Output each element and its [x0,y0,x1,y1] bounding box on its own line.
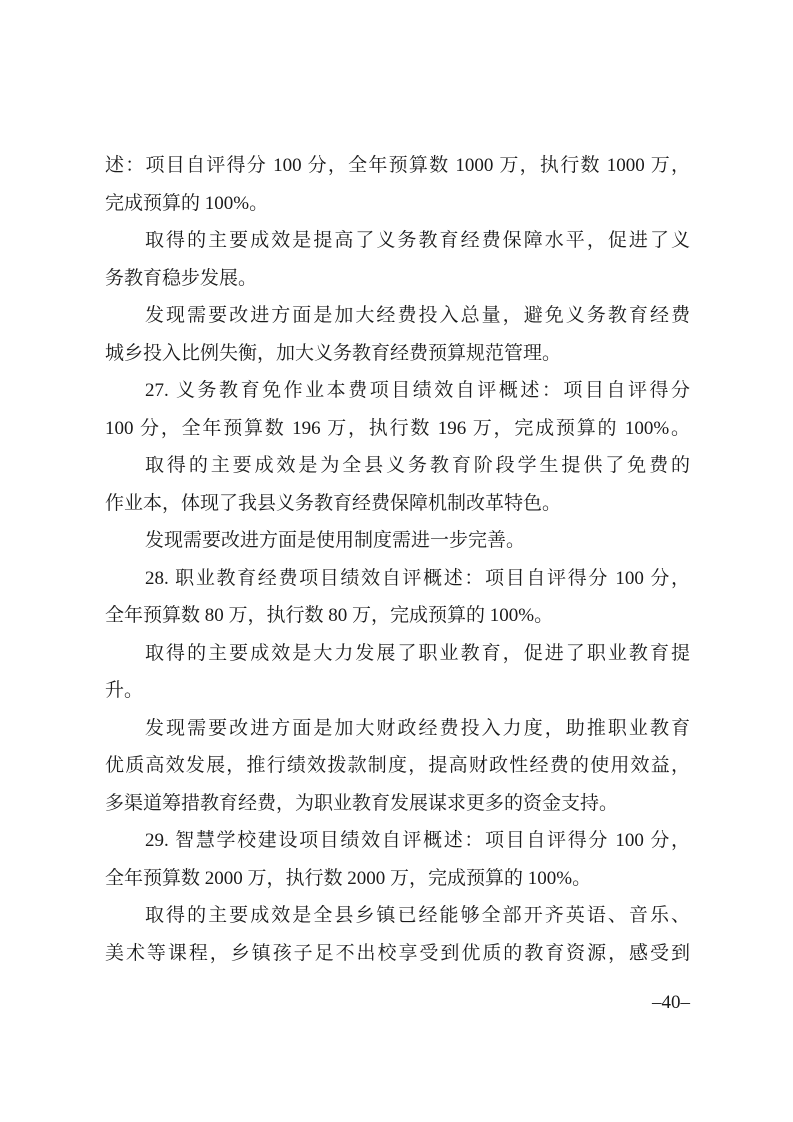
text-line: 全年预算数 2000 万，执行数 2000 万，完成预算的 100%。 [105,860,690,898]
text-line: 27. 义务教育免作业本费项目绩效自评概述：项目自评得分 [105,372,690,410]
text-line: 美术等课程，乡镇孩子足不出校享受到优质的教育资源，感受到 [105,935,690,973]
text-line: 28. 职业教育经费项目绩效自评概述：项目自评得分 100 分， [105,560,690,598]
text-line: 全年预算数 80 万，执行数 80 万，完成预算的 100%。 [105,597,690,635]
document-page: 述：项目自评得分 100 分，全年预算数 1000 万，执行数 1000 万， … [0,0,793,1122]
text-line: 发现需要改进方面是加大经费投入总量，避免义务教育经费 [105,297,690,335]
text-line: 发现需要改进方面是使用制度需进一步完善。 [105,522,690,560]
page-number: –40– [105,984,690,1022]
text-line: 优质高效发展，推行绩效拨款制度，提高财政性经费的使用效益， [105,747,690,785]
text-line: 作业本，体现了我县义务教育经费保障机制改革特色。 [105,485,690,523]
text-line: 发现需要改进方面是加大财政经费投入力度，助推职业教育 [105,710,690,748]
text-line: 100 分，全年预算数 196 万，执行数 196 万，完成预算的 100%。 [105,410,690,448]
text-line: 务教育稳步发展。 [105,260,690,298]
text-line: 城乡投入比例失衡，加大义务教育经费预算规范管理。 [105,335,690,373]
text-line: 多渠道筹措教育经费，为职业教育发展谋求更多的资金支持。 [105,785,690,823]
text-line: 完成预算的 100%。 [105,185,690,223]
document-body: 述：项目自评得分 100 分，全年预算数 1000 万，执行数 1000 万， … [105,147,690,972]
text-line: 取得的主要成效是大力发展了职业教育，促进了职业教育提 [105,635,690,673]
text-line: 取得的主要成效是全县乡镇已经能够全部开齐英语、音乐、 [105,897,690,935]
text-line: 取得的主要成效是提高了义务教育经费保障水平，促进了义 [105,222,690,260]
text-line: 述：项目自评得分 100 分，全年预算数 1000 万，执行数 1000 万， [105,147,690,185]
text-line: 取得的主要成效是为全县义务教育阶段学生提供了免费的 [105,447,690,485]
text-line: 29. 智慧学校建设项目绩效自评概述：项目自评得分 100 分， [105,822,690,860]
text-line: 升。 [105,672,690,710]
